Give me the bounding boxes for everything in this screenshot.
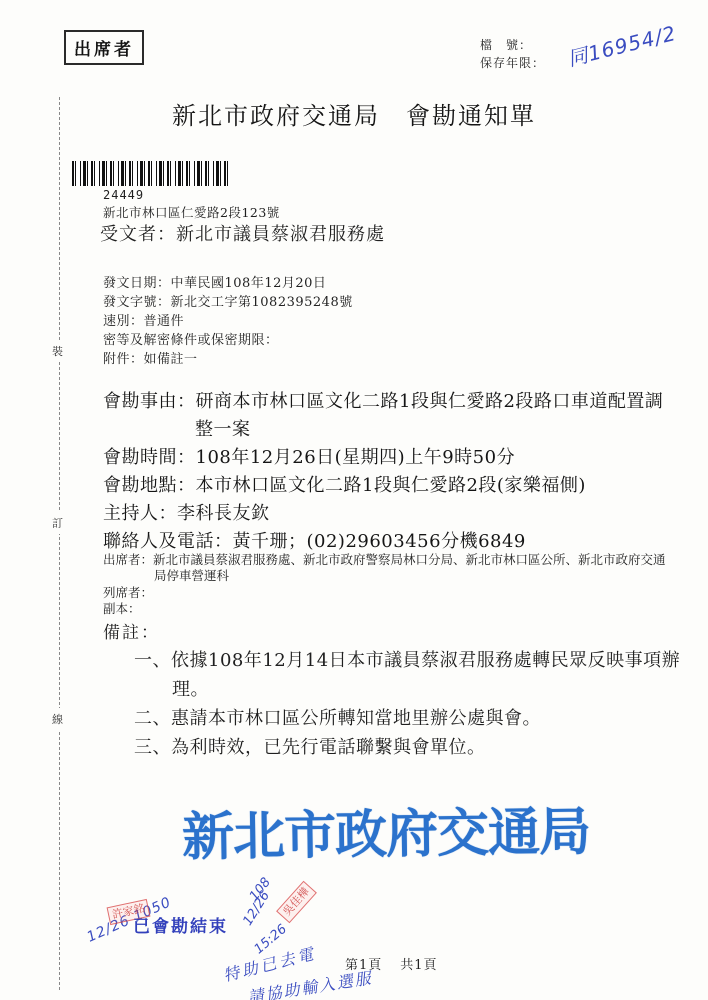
survey-location: 會勘地點：本市林口區文化二路1段與仁愛路2段(家樂福側) [103, 472, 678, 500]
handwritten-note-survey-done: 已會勘結束 [133, 912, 228, 937]
binding-mark-top: 裝 [52, 340, 63, 362]
barcode [72, 161, 230, 186]
issuance-metadata: 發文日期：中華民國108年12月20日 發文字號：新北交工字第108239524… [103, 274, 353, 369]
red-name-stamp-mid: 吳佳樺 [276, 881, 317, 924]
archive-labels: 檔 號： 保存年限： [480, 36, 545, 72]
recipient-address: 新北市林口區仁愛路2段123號 [103, 203, 280, 221]
attachment: 附件：如備註一 [103, 350, 353, 369]
copy-label: 副本： [103, 601, 675, 617]
observers-label: 列席者： [103, 585, 675, 601]
survey-time: 會勘時間：108年12月26日(星期四)上午9時50分 [103, 444, 678, 472]
barcode-number: 24449 [103, 188, 144, 202]
retention-period-label: 保存年限： [480, 54, 545, 72]
remark-item: 三、為利時效，已先行電話聯繫與會單位。 [134, 733, 682, 762]
recipient-line: 受文者：新北市議員蔡淑君服務處 [100, 220, 385, 246]
scanned-official-notice: 裝 訂 線 出席者 檔 號： 保存年限： 同16954/2 新北市政府交通局 會… [0, 0, 708, 1000]
page-total: 共1頁 [400, 958, 437, 973]
doc-number: 發文字號：新北交工字第1082395248號 [103, 293, 353, 312]
survey-host: 主持人：李科長友欽 [103, 500, 678, 528]
page-number: 第1頁 [345, 958, 382, 973]
issue-date: 發文日期：中華民國108年12月20日 [103, 274, 353, 293]
binding-dashed-line [59, 97, 60, 990]
survey-subject: 會勘事由：研商本市林口區文化二路1段與仁愛路2段路口車道配置調整一案 [103, 388, 678, 444]
distribution-block: 出席者：新北市議員蔡淑君服務處、新北市政府警察局林口分局、新北市林口區公所、新北… [103, 552, 675, 617]
remark-item: 二、惠請本市林口區公所轉知當地里辦公處與會。 [134, 704, 682, 733]
attendee-stamp-box: 出席者 [64, 30, 144, 65]
remarks-list: 一、依據108年12月14日本市議員蔡淑君服務處轉民眾反映事項辦理。 二、惠請本… [134, 646, 682, 762]
meeting-details: 會勘事由：研商本市林口區文化二路1段與仁愛路2段路口車道配置調整一案 會勘時間：… [103, 388, 678, 556]
handwritten-file-number: 同16954/2 [564, 17, 679, 72]
binding-mark-middle: 訂 [52, 512, 63, 534]
priority: 速別：普通件 [103, 312, 353, 331]
binding-mark-bottom: 線 [52, 708, 63, 730]
remarks-label: 備註： [103, 618, 160, 643]
file-number-label: 檔 號： [480, 36, 545, 54]
attendees-list: 出席者：新北市議員蔡淑君服務處、新北市政府警察局林口分局、新北市林口區公所、新北… [103, 552, 675, 584]
page-footer: 第1頁共1頁 [345, 954, 456, 973]
security-classification: 密等及解密條件或保密期限： [103, 331, 353, 350]
agency-ink-stamp: 新北市政府交通局 [181, 789, 594, 870]
handwritten-monthday: 12/26 [240, 889, 273, 929]
document-title: 新北市政府交通局 會勘通知單 [0, 96, 708, 131]
remark-item: 一、依據108年12月14日本市議員蔡淑君服務處轉民眾反映事項辦理。 [134, 646, 682, 704]
